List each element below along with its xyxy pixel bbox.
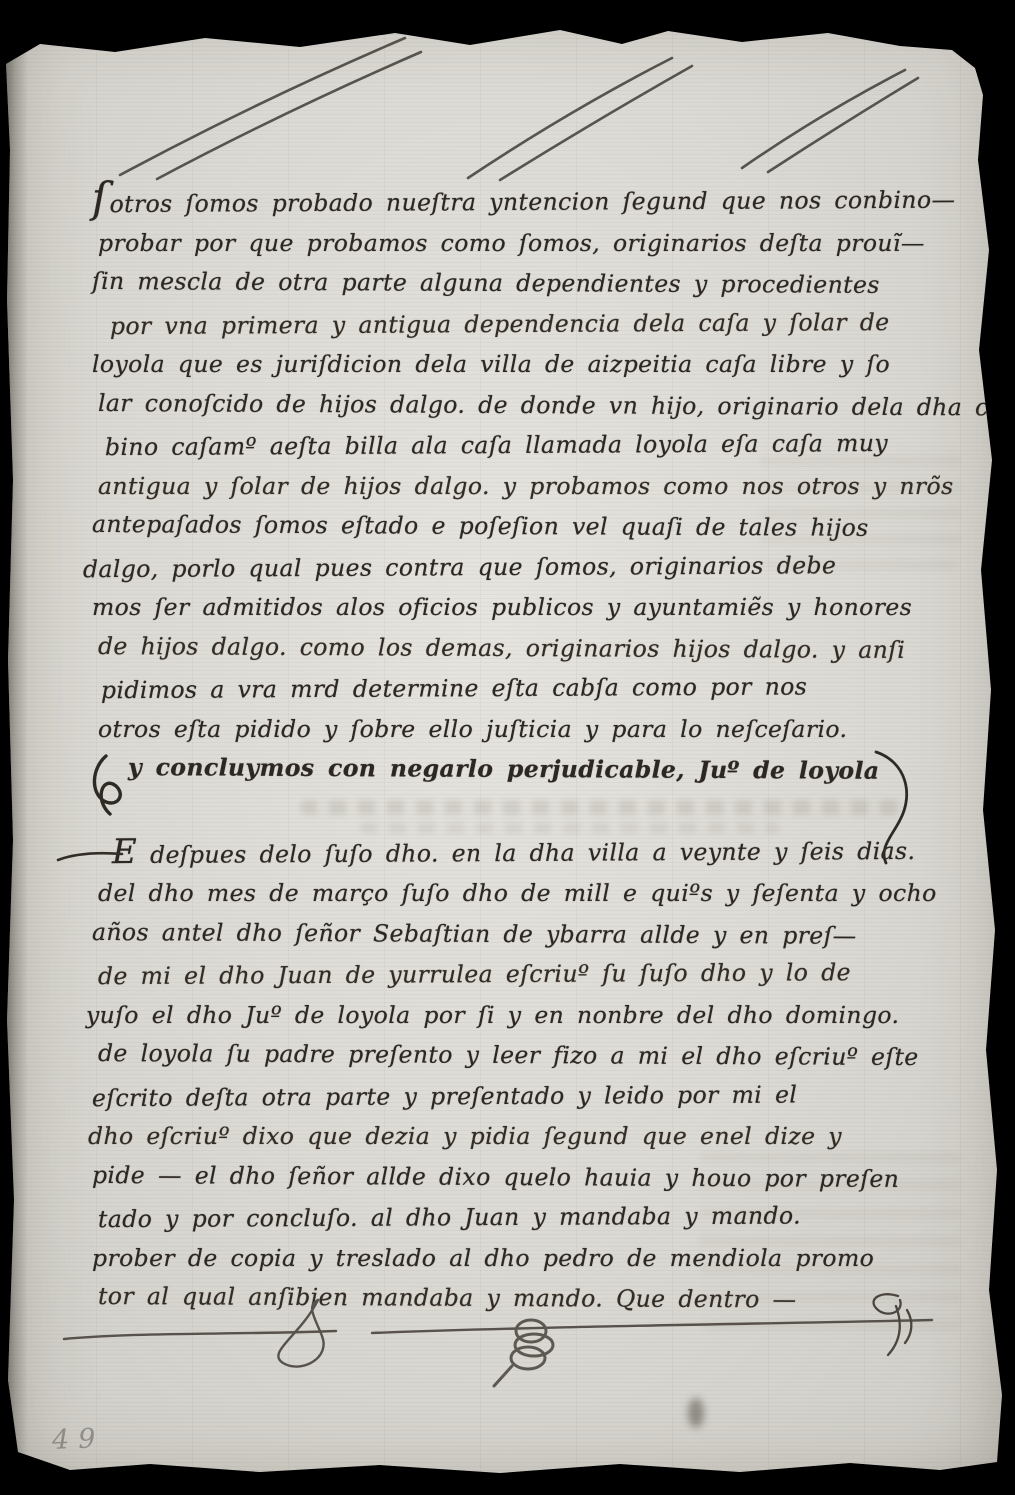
manuscript-line: bino caſamº aeſta billa ala caſa llamada… [105, 423, 920, 468]
binding-gutter-shadow [0, 40, 28, 1475]
manuscript-line: antigua y ſolar de hijos dalgo. y probam… [98, 466, 920, 507]
closing-rule [64, 1300, 932, 1367]
paragraph-petition: ſotros ſomos probado nueſtra yntencion ſ… [92, 176, 920, 790]
manuscript-line: mos ſer admitidos alos oficios publicos … [92, 587, 920, 628]
manuscript-line: de loyola ſu padre preſento y leer fizo … [98, 1033, 920, 1078]
manuscript-scan: ſotros ſomos probado nueſtra yntencion ſ… [0, 0, 1015, 1495]
manuscript-line: años antel dho ſeñor Sebaſtian de ybarra… [92, 911, 920, 956]
verso-showthrough [300, 800, 900, 815]
manuscript-line: lar conoſcido de hijos dalgo. de donde v… [98, 382, 920, 427]
manuscript-line: loyola que es juriſdicion dela villa de … [92, 344, 920, 385]
manuscript-line: dalgo, porlo qual pues contra que ſomos,… [83, 544, 920, 589]
manuscript-line: pidimos a vra mrd determine eſta cabſa c… [101, 666, 920, 711]
manuscript-line: pide — el dho ſeñor allde dixo quelo hau… [92, 1154, 920, 1199]
double-slash-cancellation-center [468, 58, 692, 180]
manuscript-line: dho eſcriuº dixo que dezia y pidia ſegun… [88, 1116, 920, 1157]
verso-showthrough [360, 822, 780, 834]
folio-number: 49 [51, 1423, 104, 1456]
double-slash-cancellation-right [742, 70, 918, 172]
verso-showthrough [760, 440, 960, 570]
manuscript-line: por vna primera y antigua dependencia de… [110, 301, 920, 346]
paper-sheet: ſotros ſomos probado nueſtra yntencion ſ… [0, 0, 1015, 1495]
manuscript-line: yuſo el dho Juº de loyola por ſi y en no… [86, 995, 920, 1036]
manuscript-line: del dho mes de março ſuſo dho de mill e … [98, 873, 920, 914]
manuscript-text: ſotros ſomos probado nueſtra yntencion ſ… [92, 176, 920, 1319]
ink-smudge [688, 1398, 704, 1428]
end-rubric [874, 1294, 912, 1355]
manuscript-line: ſotros ſomos probado nueſtra yntencion ſ… [92, 174, 920, 225]
paragraph-act: E deſpues delo ſuſo dho. en la dha villa… [92, 830, 920, 1319]
ink-strokes-overlay [0, 0, 1015, 1495]
closing-knot [494, 1320, 553, 1386]
verso-showthrough [700, 1150, 960, 1330]
manuscript-line: y concluymos con negarlo perjudicable, J… [128, 747, 920, 791]
manuscript-line: antepaſados ſomos eſtado e poſeſion vel … [92, 504, 920, 549]
manuscript-line: eſcrito deſta otra parte y preſentado y … [92, 1073, 920, 1118]
paragraph-end-flourish [876, 752, 907, 863]
paragraph-margin-dash [58, 853, 122, 860]
manuscript-line: E deſpues delo ſuſo dho. en la dha villa… [112, 827, 920, 875]
manuscript-line: tado y por concluſo. al dho Juan y manda… [98, 1195, 920, 1240]
manuscript-line: probar por que probamos como ſomos, orig… [98, 223, 920, 264]
manuscript-line: de mi el dho Juan de yurrulea eſcriuº ſu… [98, 952, 920, 997]
manuscript-line: ſin mescla de otra parte alguna dependie… [92, 261, 920, 306]
paragraph-lead-flourish [94, 756, 120, 814]
manuscript-line: otros eſta pidido y ſobre ello juſticia … [98, 709, 920, 750]
manuscript-line: prober de copia y treslado al dho pedro … [92, 1238, 920, 1279]
double-slash-cancellation-left [120, 38, 421, 179]
manuscript-line: de hijos dalgo. como los demas, originar… [98, 625, 920, 670]
manuscript-line: tor al qual anſibien mandaba y mando. Qu… [98, 1276, 920, 1321]
